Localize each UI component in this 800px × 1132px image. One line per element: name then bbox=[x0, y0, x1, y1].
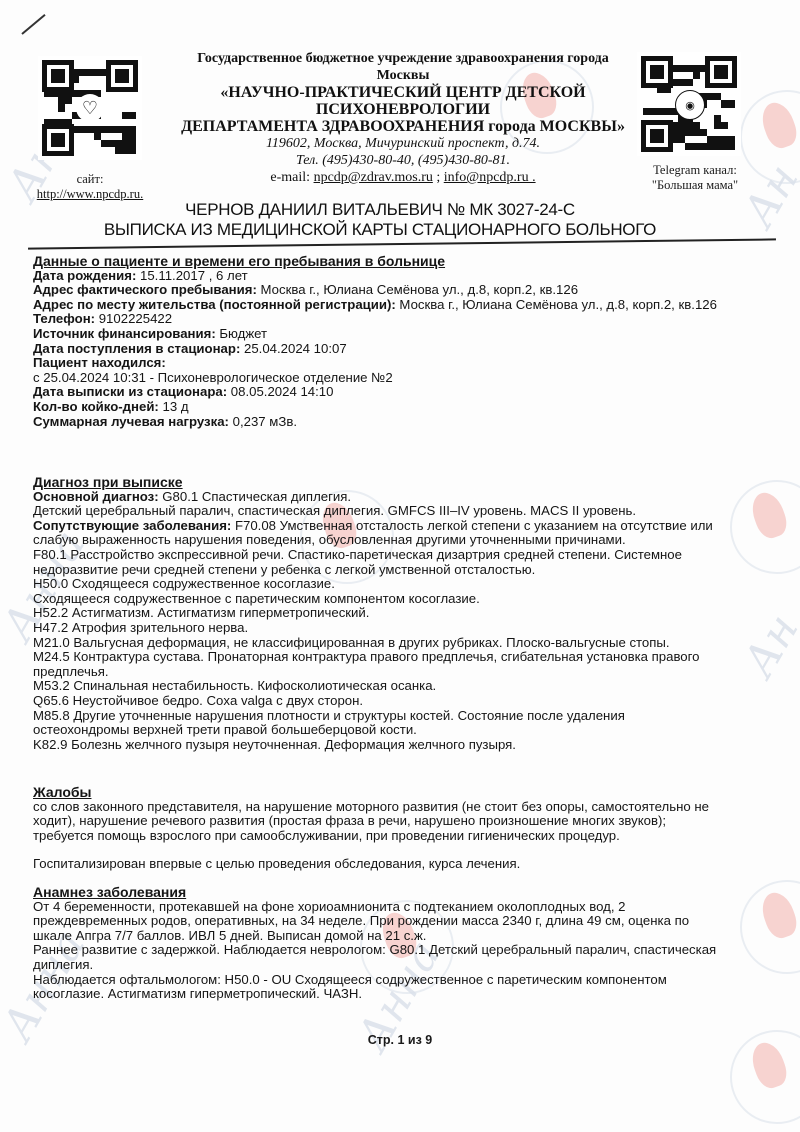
diagnosis-line: предплечья. bbox=[33, 665, 785, 680]
complaint-line: ходит), нарушение речевого развития (про… bbox=[33, 814, 785, 829]
patient-field: Кол-во койко-дней: 13 д bbox=[33, 400, 785, 415]
pen-mark bbox=[21, 14, 45, 35]
section-heading: Анамнез заболевания bbox=[33, 885, 785, 900]
field-label: Суммарная лучевая нагрузка: bbox=[33, 414, 229, 429]
diagnosis-line: M53.2 Спинальная нестабильность. Кифоско… bbox=[33, 679, 785, 694]
patient-field: Дата выписки из стационара: 08.05.2024 1… bbox=[33, 385, 785, 400]
diagnosis-line: H47.2 Атрофия зрительного нерва. bbox=[33, 621, 785, 636]
email-link-1[interactable]: npcdp@zdrav.mos.ru bbox=[314, 170, 433, 185]
field-label: Дата поступления в стационар: bbox=[33, 341, 240, 356]
field-label: Кол-во койко-дней: bbox=[33, 399, 159, 414]
field-label: Адрес фактического пребывания: bbox=[33, 282, 257, 297]
field-label: Дата выписки из стационара: bbox=[33, 384, 227, 399]
telegram-channel-name: "Большая мама" bbox=[625, 178, 765, 193]
diagnosis-line: F80.1 Расстройство экспрессивной речи. С… bbox=[33, 548, 785, 563]
section-heading: Диагноз при выписке bbox=[33, 475, 785, 490]
diagnosis-line: Сходящееся содружественное с паретически… bbox=[33, 592, 785, 607]
diagnosis-line: Q65.6 Неустойчивое бедро. Coxa valga с д… bbox=[33, 694, 785, 709]
anamnesis-line: Наблюдается офтальмологом: H50.0 - OU Сх… bbox=[33, 973, 785, 988]
anamnesis-line: диплегия. bbox=[33, 958, 785, 973]
diagnosis-line: недоразвитие речи средней степени у ребе… bbox=[33, 563, 785, 578]
anamnesis-line: косоглазие. Астигматизм гиперметропическ… bbox=[33, 987, 785, 1002]
field-value: Москва г., Юлиана Семёнова ул., д.8, кор… bbox=[396, 297, 717, 312]
email-separator: ; bbox=[433, 170, 444, 185]
qr-code-website[interactable]: ♡ bbox=[38, 56, 142, 160]
diagnosis-line: слабую выраженность нарушения поведения,… bbox=[33, 533, 785, 548]
org-address: 119602, Москва, Мичуринский проспект, д.… bbox=[168, 135, 638, 152]
complaints-section: Жалобы со слов законного представителя, … bbox=[33, 785, 785, 872]
org-line: Москвы bbox=[168, 67, 638, 84]
org-phones: Тел. (495)430-80-40, (495)430-80-81. bbox=[168, 152, 638, 169]
website-label: сайт: bbox=[20, 172, 160, 187]
patient-field: Дата поступления в стационар: 25.04.2024… bbox=[33, 342, 785, 357]
qr-telegram-caption: Telegram канал: "Большая мама" bbox=[625, 163, 765, 193]
main-diagnosis-detail: Детский церебральный паралич, спастическ… bbox=[33, 504, 785, 519]
field-value: 25.04.2024 10:07 bbox=[240, 341, 346, 356]
org-line: Государственное бюджетное учреждение здр… bbox=[168, 50, 638, 67]
complaint-line: требуется помощь взрослого при самообслу… bbox=[33, 829, 785, 844]
diagnosis-line: K82.9 Болезнь желчного пузыря неуточненн… bbox=[33, 738, 785, 753]
field-label: Адрес по месту жительства (постоянной ре… bbox=[33, 297, 396, 312]
comorbid-diagnosis: Сопутствующие заболевания: F70.08 Умстве… bbox=[33, 519, 785, 534]
patient-field: Суммарная лучевая нагрузка: 0,237 мЗв. bbox=[33, 415, 785, 430]
diagnosis-line: M24.5 Контрактура сустава. Пронаторная к… bbox=[33, 650, 785, 665]
field-value: G80.1 Спастическая диплегия. bbox=[159, 489, 351, 504]
qr-website-caption: сайт: http://www.npcdp.ru. bbox=[20, 172, 160, 202]
email-link-2[interactable]: info@npcdp.ru . bbox=[444, 170, 536, 185]
anamnesis-section: Анамнез заболевания От 4 беременности, п… bbox=[33, 885, 785, 1002]
field-label: Дата рождения: bbox=[33, 268, 136, 283]
patient-name-record: ЧЕРНОВ ДАНИИЛ ВИТАЛЬЕВИЧ № МК 3027-24-С bbox=[60, 200, 700, 220]
field-value: F70.08 Умственная отсталость легкой степ… bbox=[231, 518, 713, 533]
diagnosis-line: M21.0 Вальгусная деформация, не классифи… bbox=[33, 636, 785, 651]
field-label: Пациент находился: bbox=[33, 355, 166, 370]
patient-field: Телефон: 9102225422 bbox=[33, 312, 785, 327]
org-name: ПСИХОНЕВРОЛОГИИ bbox=[168, 101, 638, 118]
patient-field: Адрес по месту жительства (постоянной ре… bbox=[33, 298, 785, 313]
anamnesis-line: преждевременных родов, оперативных, на 3… bbox=[33, 914, 785, 929]
field-value: Бюджет bbox=[216, 326, 267, 341]
main-diagnosis: Основной диагноз: G80.1 Спастическая дип… bbox=[33, 490, 785, 505]
title-divider bbox=[28, 238, 776, 249]
diagnosis-line: M85.8 Другие уточненные нарушения плотно… bbox=[33, 709, 785, 724]
field-value: 08.05.2024 14:10 bbox=[227, 384, 333, 399]
telegram-label: Telegram канал: bbox=[625, 163, 765, 178]
field-value: 9102225422 bbox=[95, 311, 172, 326]
stay-line: с 25.04.2024 10:31 - Психоневрологическо… bbox=[33, 371, 785, 386]
anamnesis-line: От 4 беременности, протекавшей на фоне х… bbox=[33, 900, 785, 915]
document-title: ЧЕРНОВ ДАНИИЛ ВИТАЛЬЕВИЧ № МК 3027-24-С … bbox=[60, 200, 700, 240]
patient-section: Данные о пациенте и времени его пребыван… bbox=[33, 254, 785, 429]
diagnosis-line: H52.2 Астигматизм. Астигматизм гиперметр… bbox=[33, 606, 785, 621]
diagnosis-line: H50.0 Сходящееся содружественное косогла… bbox=[33, 577, 785, 592]
field-label: Телефон: bbox=[33, 311, 95, 326]
org-email: e-mail: npcdp@zdrav.mos.ru ; info@npcdp.… bbox=[168, 169, 638, 186]
org-name: «НАУЧНО-ПРАКТИЧЕСКИЙ ЦЕНТР ДЕТСКОЙ bbox=[168, 84, 638, 101]
patient-field: Источник финансирования: Бюджет bbox=[33, 327, 785, 342]
anamnesis-line: шкале Апгра 7/7 баллов. ИВЛ 5 дней. Выпи… bbox=[33, 929, 785, 944]
field-label: Сопутствующие заболевания: bbox=[33, 518, 231, 533]
website-link[interactable]: http://www.npcdp.ru. bbox=[37, 187, 143, 201]
section-heading: Жалобы bbox=[33, 785, 785, 800]
heart-icon: ♡ bbox=[76, 94, 104, 122]
institution-header: Государственное бюджетное учреждение здр… bbox=[168, 50, 638, 186]
section-heading: Данные о пациенте и времени его пребыван… bbox=[33, 254, 785, 269]
logo-badge-icon: ◉ bbox=[675, 90, 705, 120]
diagnosis-section: Диагноз при выписке Основной диагноз: G8… bbox=[33, 475, 785, 752]
field-value: 0,237 мЗв. bbox=[229, 414, 297, 429]
complaint-line: со слов законного представителя, на нару… bbox=[33, 800, 785, 815]
field-value: 13 д bbox=[159, 399, 189, 414]
field-label: Основной диагноз: bbox=[33, 489, 159, 504]
field-value: 15.11.2017 , 6 лет bbox=[136, 268, 247, 283]
org-department: ДЕПАРТАМЕНТА ЗДРАВООХРАНЕНИЯ города МОСК… bbox=[168, 118, 638, 135]
patient-field: Адрес фактического пребывания: Москва г.… bbox=[33, 283, 785, 298]
patient-field: Пациент находился: bbox=[33, 356, 785, 371]
qr-code-telegram[interactable]: ◉ bbox=[637, 52, 741, 156]
diagnosis-line: остеохондромы верхней трети правой больш… bbox=[33, 723, 785, 738]
field-value: Москва г., Юлиана Семёнова ул., д.8, кор… bbox=[257, 282, 578, 297]
anamnesis-line: Раннее развитие с задержкой. Наблюдается… bbox=[33, 943, 785, 958]
email-label: e-mail: bbox=[270, 170, 310, 185]
hospitalization-note: Госпитализирован впервые с целью проведе… bbox=[33, 857, 785, 872]
page-number: Стр. 1 из 9 bbox=[0, 1033, 800, 1047]
document-type: ВЫПИСКА ИЗ МЕДИЦИНСКОЙ КАРТЫ СТАЦИОНАРНО… bbox=[60, 220, 700, 240]
patient-field: Дата рождения: 15.11.2017 , 6 лет bbox=[33, 269, 785, 284]
field-label: Источник финансирования: bbox=[33, 326, 216, 341]
